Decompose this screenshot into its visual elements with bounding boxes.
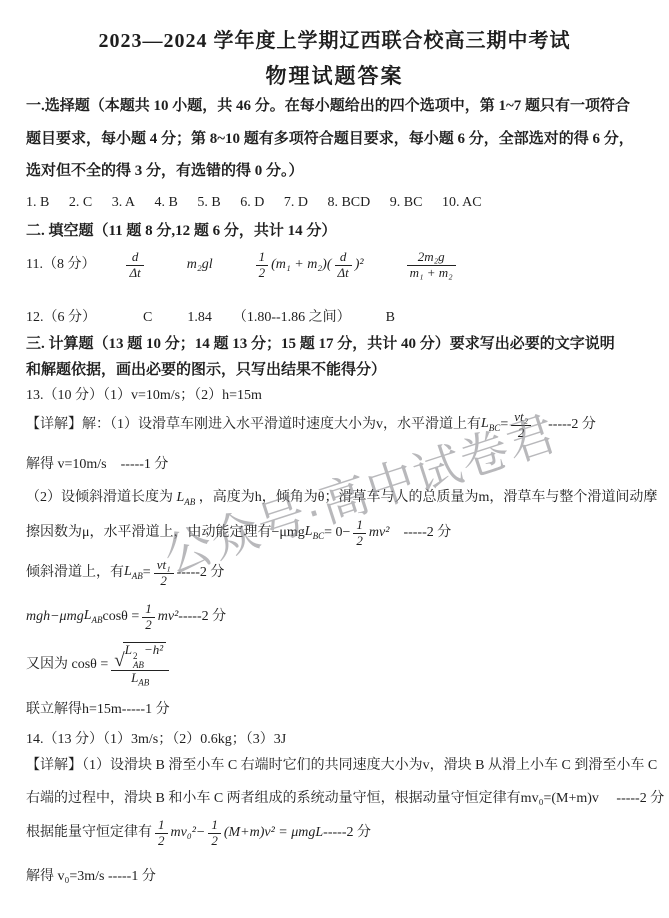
question-14-answer-line: 14.（13 分）（1）3m/s；（2）0.6kg；（3）3J (26, 730, 286, 750)
score-mark: -----2 分 (178, 607, 226, 627)
fraction: d Δt (335, 250, 352, 281)
fraction: 1 2 (155, 818, 168, 849)
blank3-end: )² (355, 255, 364, 275)
fraction: √ L2AB−h² LAB (111, 642, 169, 688)
length-variable: LBC (305, 522, 324, 546)
question-13-detail-2c: 倾斜滑道上，有 LAB = vt₁ 2 -----2 分 (26, 558, 224, 589)
physics-answer-document: 2023—2024 学年度上学期辽西联合校高三期中考试 物理试题答案 一.选择题… (0, 0, 669, 918)
length-variable: LBC (481, 414, 500, 438)
question-14-detail-1: 【详解】（1）设滑块 B 滑至小车 C 右端时它们的共同速度大小为v，滑块 B … (26, 756, 657, 776)
calc-section-heading-line2: 和解题依据，画出必要的图示，只写出结果不能得分） (26, 360, 386, 380)
blank3-middle: (m₁ + m₂)( (271, 255, 331, 275)
answer-2: 1.84 (187, 310, 212, 325)
fraction: 2m₂g m₁ + m₂ (407, 250, 456, 281)
score-mark: -----2 分 (616, 791, 664, 806)
exam-title: 2023—2024 学年度上学期辽西联合校高三期中考试 (0, 24, 669, 53)
answer-1: C (143, 310, 152, 325)
choice-answer: 9. BC (390, 195, 423, 210)
question-11-answers: 11.（8 分） d Δt m₂gl 1 2 (m₁ + m₂)( d Δt )… (26, 250, 459, 281)
question-11-label: 11.（8 分） (26, 255, 95, 275)
length-variable: LAB (124, 562, 143, 586)
question-13-solve-2: 联立解得h=15m-----1 分 (26, 700, 170, 720)
choice-section-heading-line2: 题目要求，每小题 4 分；第 8~10 题有多项符合题目要求，每小题 6 分，全… (26, 129, 634, 149)
choice-answer: 3. A (112, 195, 135, 210)
length-variable: LAB (84, 606, 103, 630)
score-mark: -----2 分 (323, 823, 371, 843)
square-root: √ L2AB−h² (114, 642, 166, 670)
question-13-detail-2d: mgh−μmg LAB cosθ = 1 2 mv² -----2 分 (26, 602, 226, 633)
question-13-detail-2b: 擦因数为μ，水平滑道上，由动能定理有−μmg LBC = 0− 1 2 mv² … (26, 518, 451, 549)
fraction: 1 2 (353, 518, 366, 549)
question-14-detail-2: 右端的过程中，滑块 B 和小车 C 两者组成的系统动量守恒，根据动量守恒定律有m… (26, 789, 664, 809)
choice-answer: 4. B (155, 195, 178, 210)
calc-section-heading-line1: 三. 计算题（13 题 10 分；14 题 13 分；15 题 17 分，共计 … (26, 334, 615, 354)
length-variable: LAB (177, 490, 196, 505)
fraction: vt₁ 2 (154, 558, 174, 589)
score-mark: -----2 分 (177, 563, 225, 583)
choice-answers-row: 1. B 2. C 3. A 4. B 5. B 6. D 7. D 8. BC… (26, 193, 482, 213)
question-13-detail-2a: （2）设倾斜滑道长度为 LAB ，高度为h，倾角为θ；滑草车与人的总质量为m，滑… (26, 488, 657, 512)
choice-answer: 2. C (69, 195, 92, 210)
question-13-answer-line: 13.（10 分）（1）v=10m/s；（2）h=15m (26, 386, 262, 406)
answer-sheet-subtitle: 物理试题答案 (0, 60, 669, 90)
question-13-solve-1: 解得 v=10m/s -----1 分 (26, 455, 168, 475)
question-12-answers: 12.（6 分） C 1.84 （1.80--1.86 之间） B (26, 308, 395, 328)
blank2-answer: m₂gl (187, 255, 213, 275)
fill-section-heading: 二. 填空题（11 题 8 分,12 题 6 分，共计 14 分） (26, 221, 336, 241)
question-14-solve: 解得 v₀=3m/s -----1 分 (26, 867, 156, 887)
fraction: 1 2 (142, 602, 155, 633)
choice-answer: 8. BCD (327, 195, 370, 210)
fraction: 1 2 (256, 250, 269, 281)
question-13-detail-1: 【详解】解：（1）设滑草车刚进入水平滑道时速度大小为v，水平滑道上有 LBC =… (26, 410, 596, 441)
choice-answer: 6. D (240, 195, 264, 210)
choice-section-heading-line1: 一.选择题（本题共 10 小题，共 46 分。在每小题给出的四个选项中，第 1~… (26, 96, 630, 116)
fraction: 1 2 (208, 818, 221, 849)
question-13-detail-2e: 又因为 cosθ = √ L2AB−h² LAB (26, 642, 172, 688)
choice-section-heading-line3: 选对但不全的得 3 分，有选错的得 0 分。） (26, 161, 304, 181)
score-mark: -----2 分 (403, 523, 451, 543)
choice-answer: 7. D (284, 195, 308, 210)
choice-answer: 1. B (26, 195, 49, 210)
question-12-label: 12.（6 分） (26, 310, 96, 325)
fraction: vt₂ 2 (511, 410, 531, 441)
score-mark: -----2 分 (548, 415, 596, 435)
answer-3: B (386, 310, 395, 325)
answer-2-range: （1.80--1.86 之间） (233, 310, 351, 325)
fraction: d Δt (126, 250, 143, 281)
question-14-detail-3: 根据能量守恒定律有 1 2 mv₀²− 1 2 (M+m)v² = μmgL -… (26, 818, 371, 849)
choice-answer: 5. B (197, 195, 220, 210)
choice-answer: 10. AC (442, 195, 482, 210)
